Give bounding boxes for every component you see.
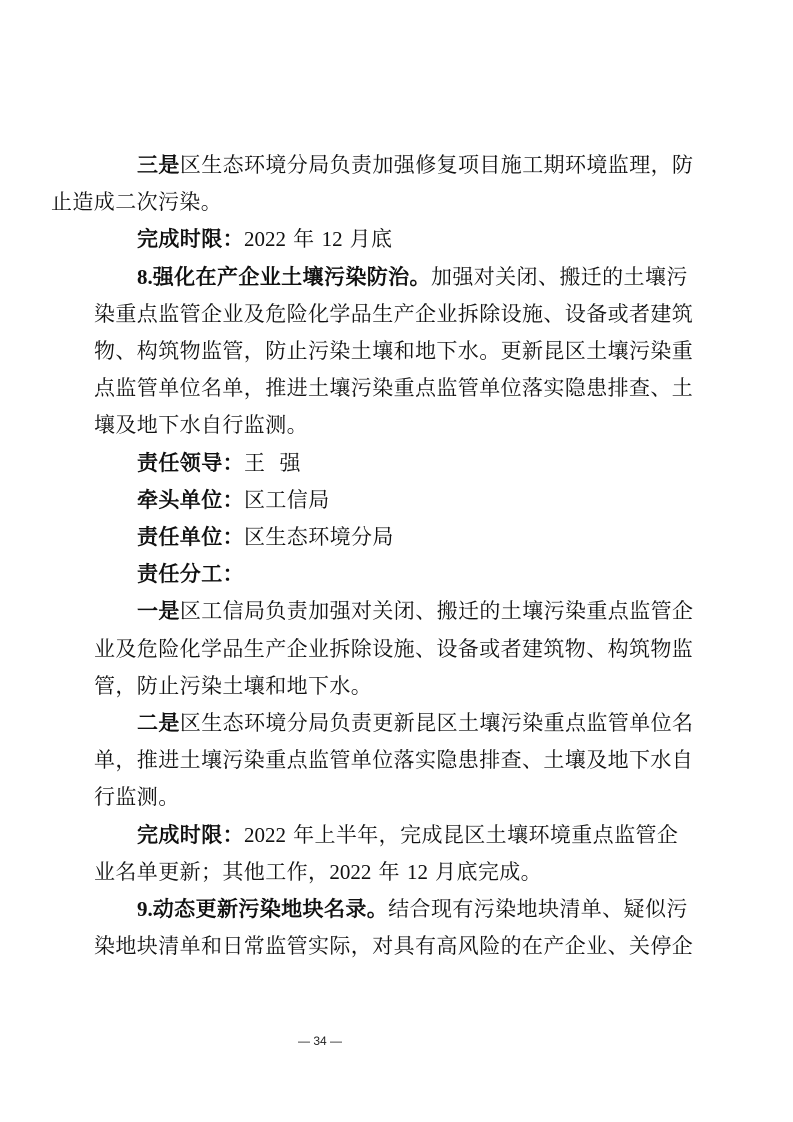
text: 染地块清单和日常监管实际，对具有高风险的在产企业、关停企	[94, 928, 698, 965]
lead-label: 一是	[137, 599, 180, 623]
deadline-2: 完成时限：2022 年上半年，完成昆区土壤环境重点监管企 业名单更新；其他工作，…	[94, 817, 698, 891]
responsible-unit: 责任单位：区生态环境分局	[94, 519, 698, 556]
page-number: — 34 —	[0, 1034, 640, 1048]
section-8: 8.强化在产企业土壤污染防治。加强对关闭、搬迁的土壤污 染重点监管企业及危险化学…	[94, 259, 698, 445]
year: 2022	[329, 860, 371, 884]
field-value: 区生态环境分局	[244, 525, 394, 549]
text: 管，防止污染土壤和地下水。	[94, 668, 698, 705]
document-page: 三是区生态环境分局负责加强修复项目施工期环境监理，防 止造成二次污染。 完成时限…	[94, 147, 698, 965]
lead-label: 三是	[137, 153, 180, 177]
field-value: 区工信局	[244, 488, 330, 512]
text: 点监管单位名单，推进土壤污染重点监管单位落实隐患排查、土	[94, 370, 698, 407]
text: 染重点监管企业及危险化学品生产企业拆除设施、设备或者建筑	[94, 296, 698, 333]
text: 年	[371, 860, 407, 884]
lead-label: 二是	[137, 711, 180, 735]
field-label: 责任分工：	[137, 562, 244, 586]
text: 行监测。	[94, 779, 698, 816]
section-number: 8.	[137, 265, 153, 289]
duty-1: 一是区工信局负责加强对关闭、搬迁的土壤污染重点监管企 业及危险化学品生产企业拆除…	[94, 593, 698, 705]
text: 区生态环境分局负责更新昆区土壤污染重点监管单位名	[180, 711, 694, 735]
text: 年上半年，完成昆区土壤环境重点监管企	[286, 823, 678, 847]
field-label: 责任单位：	[137, 525, 244, 549]
text: 区工信局负责加强对关闭、搬迁的土壤污染重点监管企	[180, 599, 694, 623]
section-heading: 强化在产企业土壤污染防治。	[153, 265, 431, 289]
field-label: 责任领导：	[137, 451, 244, 475]
text: 加强对关闭、搬迁的土壤污	[431, 265, 688, 289]
month: 12	[407, 860, 428, 884]
responsible-leader: 责任领导：王 强	[94, 445, 698, 482]
section-heading: 动态更新污染地块名录。	[153, 897, 388, 921]
duty-2: 二是区生态环境分局负责更新昆区土壤污染重点监管单位名 单，推进土壤污染重点监管单…	[94, 705, 698, 817]
year: 2022	[244, 823, 286, 847]
section-9: 9.动态更新污染地块名录。结合现有污染地块清单、疑似污 染地块清单和日常监管实际…	[94, 891, 698, 965]
paragraph-task-3: 三是区生态环境分局负责加强修复项目施工期环境监理，防 止造成二次污染。	[94, 147, 698, 221]
text: 止造成二次污染。	[51, 184, 222, 221]
lead-unit: 牵头单位：区工信局	[94, 482, 698, 519]
text: 壤及地下水自行监测。	[94, 407, 698, 444]
deadline-1: 完成时限：2022 年 12 月底	[94, 221, 698, 258]
month: 12	[322, 227, 343, 251]
deadline-label: 完成时限：	[137, 227, 244, 251]
text: 区生态环境分局负责加强修复项目施工期环境监理，防	[180, 153, 694, 177]
section-number: 9.	[137, 897, 153, 921]
deadline-label: 完成时限：	[137, 823, 244, 847]
text: 单，推进土壤污染重点监管单位落实隐患排查、土壤及地下水自	[94, 742, 698, 779]
text: 月底完成。	[428, 860, 542, 884]
year: 2022	[244, 227, 286, 251]
field-value: 王 强	[244, 451, 301, 475]
text: 年	[286, 227, 322, 251]
text: 物、构筑物监管，防止污染土壤和地下水。更新昆区土壤污染重	[94, 333, 698, 370]
text: 业名单更新；其他工作，	[94, 860, 329, 884]
division-of-duties: 责任分工：	[94, 556, 698, 593]
field-label: 牵头单位：	[137, 488, 244, 512]
text: 业及危险化学品生产企业拆除设施、设备或者建筑物、构筑物监	[94, 631, 698, 668]
text: 月底	[343, 227, 393, 251]
text: 结合现有污染地块清单、疑似污	[388, 897, 688, 921]
